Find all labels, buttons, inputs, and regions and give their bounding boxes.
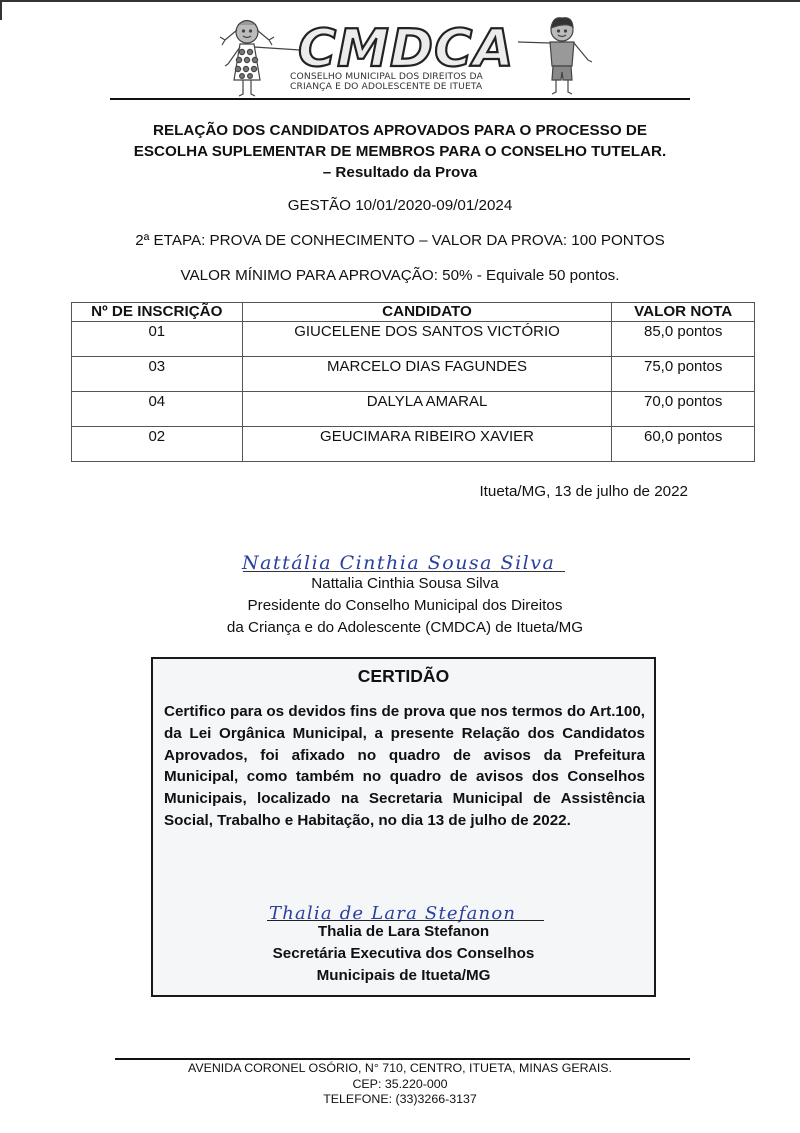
- signer-role-line1: Secretária Executiva dos Conselhos: [153, 943, 654, 965]
- header-divider: [110, 98, 690, 100]
- signer-name: Nattalia Cinthia Sousa Silva: [180, 573, 630, 595]
- signer-role-line2: da Criança e do Adolescente (CMDCA) de I…: [180, 617, 630, 639]
- certidao-title: CERTIDÃO: [153, 666, 654, 687]
- cell-candidato: MARCELO DIAS FAGUNDES: [242, 357, 612, 392]
- date-line: Itueta/MG, 13 de julho de 2022: [400, 483, 688, 500]
- title-line-1: RELAÇÃO DOS CANDIDATOS APROVADOS PARA O …: [60, 120, 740, 141]
- table-header-row: Nº DE INSCRIÇÃO CANDIDATO VALOR NOTA: [72, 303, 755, 322]
- footer-address: AVENIDA CORONEL OSÓRIO, N° 710, CENTRO, …: [100, 1061, 700, 1077]
- cell-inscricao: 04: [72, 392, 243, 427]
- signer-president: Nattalia Cinthia Sousa Silva Presidente …: [180, 573, 630, 639]
- signature-line: [243, 571, 565, 572]
- svg-text:CMDCA: CMDCA: [298, 19, 514, 79]
- logo-subtitle-line2: Criança e do Adolescente de Itueta: [290, 82, 620, 92]
- table-row: 01 GIUCELENE DOS SANTOS VICTÓRIO 85,0 po…: [72, 322, 755, 357]
- cell-inscricao: 03: [72, 357, 243, 392]
- title-line-3: – Resultado da Prova: [60, 162, 740, 183]
- cell-candidato: GEUCIMARA RIBEIRO XAVIER: [242, 427, 612, 462]
- certidao-box: CERTIDÃO Certifico para os devidos fins …: [151, 657, 656, 997]
- letterhead: CMDCA Conselho Municipal dos Direitos da…: [110, 12, 690, 102]
- cell-nota: 75,0 pontos: [612, 357, 755, 392]
- footer-divider: [115, 1058, 690, 1060]
- footer-telefone: TELEFONE: (33)3266-3137: [100, 1092, 700, 1108]
- table-row: 04 DALYLA AMARAL 70,0 pontos: [72, 392, 755, 427]
- cell-nota: 60,0 pontos: [612, 427, 755, 462]
- logo-subtitle: Conselho Municipal dos Direitos da Crian…: [290, 72, 620, 92]
- signer-role-line2: Municipais de Itueta/MG: [153, 965, 654, 987]
- cell-candidato: DALYLA AMARAL: [242, 392, 612, 427]
- girl-figure-icon: [220, 21, 300, 97]
- document-title: RELAÇÃO DOS CANDIDATOS APROVADOS PARA O …: [60, 120, 740, 183]
- header-inscricao: Nº DE INSCRIÇÃO: [72, 303, 243, 322]
- scan-edge-left: [0, 0, 2, 20]
- cell-nota: 85,0 pontos: [612, 322, 755, 357]
- cell-nota: 70,0 pontos: [612, 392, 755, 427]
- cell-inscricao: 02: [72, 427, 243, 462]
- scan-edge-top: [0, 0, 800, 2]
- table-row: 02 GEUCIMARA RIBEIRO XAVIER 60,0 pontos: [72, 427, 755, 462]
- header-candidato: CANDIDATO: [242, 303, 612, 322]
- signer-secretary: Thalia de Lara Stefanon Secretária Execu…: [153, 921, 654, 987]
- results-table: Nº DE INSCRIÇÃO CANDIDATO VALOR NOTA 01 …: [71, 302, 755, 462]
- etapa-line: 2ª ETAPA: PROVA DE CONHECIMENTO – VALOR …: [60, 232, 740, 249]
- footer-cep: CEP: 35.220-000: [100, 1077, 700, 1093]
- valor-minimo-line: VALOR MÍNIMO PARA APROVAÇÃO: 50% - Equiv…: [60, 267, 740, 284]
- signer-role-line1: Presidente do Conselho Municipal dos Dir…: [180, 595, 630, 617]
- certidao-body: Certifico para os devidos fins de prova …: [164, 701, 645, 832]
- title-line-2: ESCOLHA SUPLEMENTAR DE MEMBROS PARA O CO…: [60, 141, 740, 162]
- cmdca-wordmark: CMDCA: [298, 19, 514, 79]
- gestao-line: GESTÃO 10/01/2020-09/01/2024: [60, 197, 740, 214]
- header-valor-nota: VALOR NOTA: [612, 303, 755, 322]
- table-row: 03 MARCELO DIAS FAGUNDES 75,0 pontos: [72, 357, 755, 392]
- footer: AVENIDA CORONEL OSÓRIO, N° 710, CENTRO, …: [100, 1061, 700, 1108]
- signer-name: Thalia de Lara Stefanon: [153, 921, 654, 943]
- cell-inscricao: 01: [72, 322, 243, 357]
- cell-candidato: GIUCELENE DOS SANTOS VICTÓRIO: [242, 322, 612, 357]
